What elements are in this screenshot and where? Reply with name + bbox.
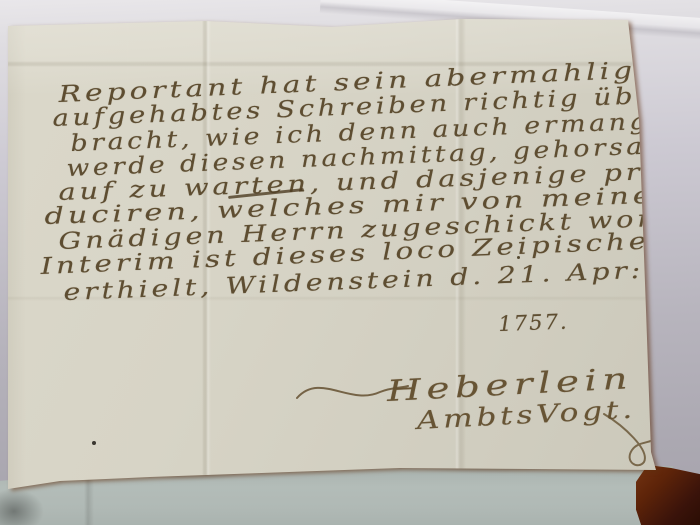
manuscript-sheet: Reportant hat sein abermahliges aufgehab… (0, 0, 700, 525)
ink-speck (92, 441, 96, 445)
manuscript-sheet-wrap: Reportant hat sein abermahliges aufgehab… (0, 0, 700, 525)
signature-descender-loop-icon (598, 410, 668, 472)
photograph-of-manuscript: Reportant hat sein abermahliges aufgehab… (0, 0, 700, 525)
date-year: 1757. (498, 310, 569, 336)
ink-speck (517, 256, 520, 259)
